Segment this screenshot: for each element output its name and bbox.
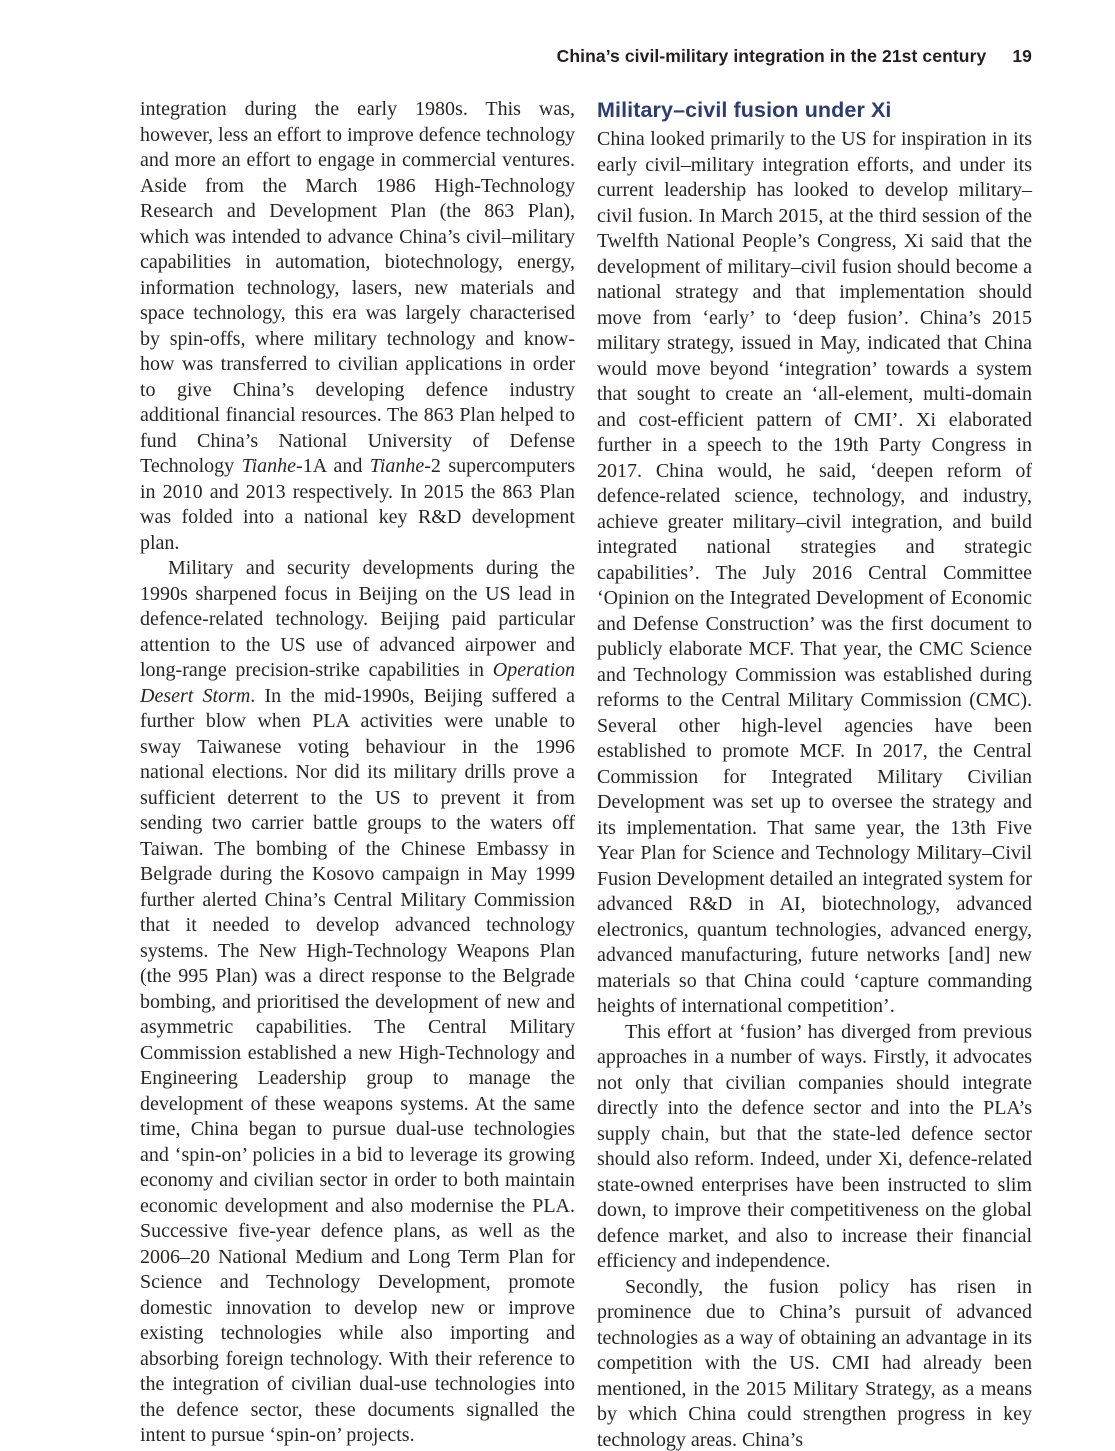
italic-text-run: Tianhe [370,455,424,477]
page-number: 19 [1012,46,1032,66]
text-run: China looked primarily to the US for ins… [597,128,1032,1017]
right-column: Military–civil fusion under Xi China loo… [597,97,1032,1451]
running-header: China’s civil-military integration in th… [140,46,1032,66]
text-run: integration during the early 1980s. This… [140,98,575,477]
text-run: . In the mid-1990s, Beijing suffered a f… [140,685,575,1447]
paragraph: China looked primarily to the US for ins… [597,127,1032,1020]
paragraph: integration during the early 1980s. This… [140,97,575,556]
paragraph: This effort at ‘fusion’ has diverged fro… [597,1020,1032,1275]
right-column-paragraphs: China looked primarily to the US for ins… [597,127,1032,1451]
text-columns: integration during the early 1980s. This… [140,97,1032,1451]
italic-text-run: Tianhe [242,455,296,477]
document-page: China’s civil-military integration in th… [0,0,1115,1451]
left-column: integration during the early 1980s. This… [140,97,575,1451]
paragraph: Military and security developments durin… [140,556,575,1449]
text-run: This effort at ‘fusion’ has diverged fro… [597,1021,1032,1273]
paragraph: Secondly, the fusion policy has risen in… [597,1275,1032,1451]
text-run: -1A and [296,455,370,477]
running-header-title: China’s civil-military integration in th… [557,46,987,66]
text-run: Secondly, the fusion policy has risen in… [597,1276,1032,1451]
section-heading: Military–civil fusion under Xi [597,97,1032,123]
